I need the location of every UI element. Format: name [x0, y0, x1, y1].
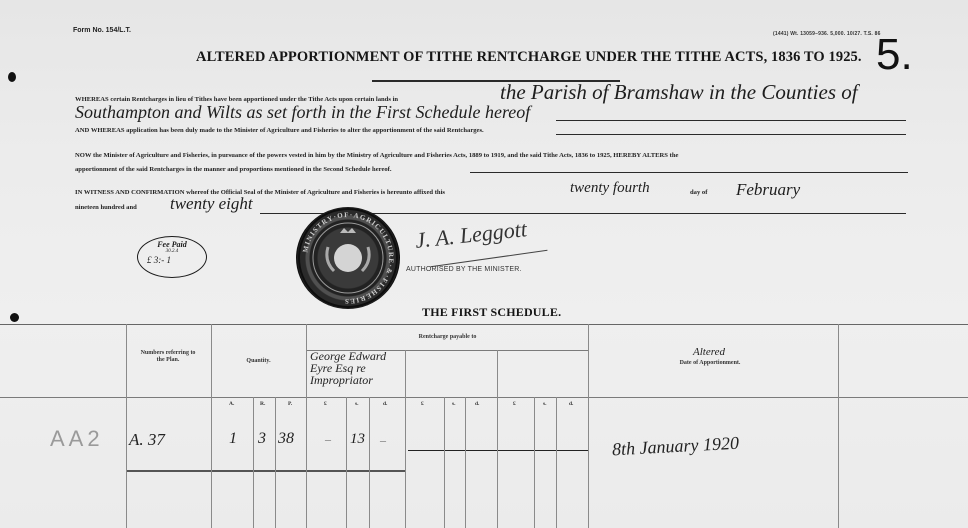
unit-pounds: £	[421, 401, 424, 407]
document-title: ALTERED APPORTIONMENT OF TITHE RENTCHARG…	[196, 49, 862, 66]
unit-shillings: s.	[543, 401, 547, 407]
witness-month: February	[736, 180, 800, 200]
unit-perches: P.	[288, 401, 292, 407]
date-altered-annotation: Altered	[693, 346, 725, 358]
fee-paid-label: Fee Paid	[138, 240, 206, 249]
header-quantity: Quantity.	[211, 358, 306, 365]
cell-plan-number: A. 37	[129, 430, 165, 450]
form-number: Form No. 154/L.T.	[73, 27, 131, 34]
unit-roods: R.	[260, 401, 265, 407]
nineteen-hundred-label: nineteen hundred and	[75, 204, 137, 211]
unit-shillings: s.	[355, 401, 359, 407]
schedule-title: THE FIRST SCHEDULE.	[422, 305, 561, 320]
unit-pence: d.	[569, 401, 573, 407]
whereas-handwritten-parish: the Parish of Bramshaw in the Counties o…	[500, 80, 858, 105]
header-payee-1: George Edward Eyre Esq re Impropriator	[310, 350, 404, 386]
now-clause-line-2: apportionment of the said Rentcharges in…	[75, 166, 392, 173]
print-reference: (1441) Wt. 13059–936. 5,000. 10/27. T.S.…	[773, 31, 881, 37]
witness-clause: IN WITNESS AND CONFIRMATION whereof the …	[75, 189, 445, 196]
now-clause-line-1: NOW the Minister of Agriculture and Fish…	[75, 152, 678, 159]
fill-line	[470, 172, 908, 173]
cell-roods: 3	[258, 430, 266, 448]
unit-pence: d.	[475, 401, 479, 407]
day-of-label: day of	[690, 189, 707, 196]
unit-acres: A.	[229, 401, 234, 407]
unit-pence: d.	[383, 401, 387, 407]
punch-hole-mark	[8, 72, 16, 82]
fill-line	[556, 120, 906, 121]
fee-paid-amount: £ 3:- 1	[138, 255, 206, 265]
whereas-handwritten-counties: Southampton and Wilts as set forth in th…	[75, 102, 530, 123]
seal-emblem-icon: MINISTRY·OF·AGRICULTURE·&·FISHERIES	[296, 207, 400, 309]
header-plan-numbers: Numbers referring to the Plan.	[140, 350, 196, 364]
ministry-seal: MINISTRY·OF·AGRICULTURE·&·FISHERIES	[296, 207, 400, 309]
cell-perches: 38	[278, 430, 294, 448]
unit-pounds: £	[324, 401, 327, 407]
punch-hole-mark	[10, 313, 19, 322]
cell-date: 8th January 1920	[612, 433, 740, 461]
minister-signature: J. A. Leggott	[414, 216, 528, 254]
and-whereas-clause: AND WHEREAS application has been duly ma…	[75, 127, 484, 134]
unit-pounds: £	[513, 401, 516, 407]
authorised-label: AUTHORISED BY THE MINISTER.	[406, 266, 522, 273]
unit-shillings: s.	[452, 401, 456, 407]
signature-flourish	[431, 250, 548, 267]
witness-day: twenty fourth	[570, 180, 650, 197]
cell-acres: 1	[229, 430, 237, 448]
fee-paid-stamp: Fee Paid 30.2.4 £ 3:- 1	[137, 236, 207, 278]
cell-payee1-pounds: –	[325, 432, 331, 447]
page-number: 5.	[876, 33, 913, 77]
header-rentcharge-payable-to: Rentcharge payable to	[306, 334, 589, 341]
cell-payee1-shillings: 13	[350, 431, 365, 448]
witness-year: twenty eight	[170, 194, 253, 214]
header-date-of-apportionment: Date of Apportionment.	[660, 360, 760, 367]
fill-line	[556, 134, 906, 135]
margin-note: AA2	[50, 426, 104, 452]
cell-payee1-pence: –	[380, 433, 386, 448]
